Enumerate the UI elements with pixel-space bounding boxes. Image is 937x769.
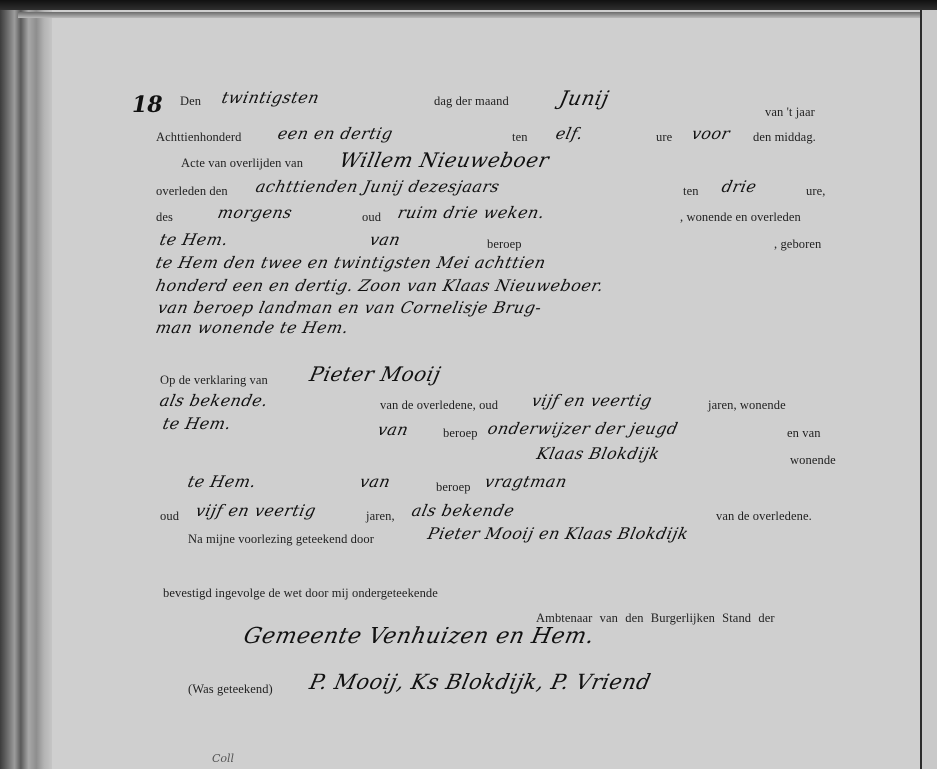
signed-names: Pieter Mooij en Klaas Blokdijk [426,524,690,543]
printed-na-mijne-voorlezing: Na mijne voorlezing geteekend door [188,532,374,547]
printed-dag-der-maand: dag der maand [434,94,509,109]
printed-was-geteekend: (Was geteekend) [188,682,273,697]
occupation-van: van [368,230,402,249]
deceased-age: ruim drie weken. [396,203,547,222]
residence: te Hem. [158,230,230,249]
printed-den-middag: den middag. [753,130,816,145]
printed-en-van: en van [787,426,821,441]
printed-van-t-jaar: van 't jaar [765,105,815,120]
printed-des: des [156,210,173,225]
margin-pencil-note: Coll [212,752,234,765]
birth-details-line4: man wonende te Hem. [154,318,351,337]
register-page [10,10,920,769]
printed-beroep-3: beroep [436,480,471,495]
record-number: 18 [132,92,163,118]
witness1-residence: te Hem. [161,414,233,433]
printed-ure: ure [656,130,672,145]
witness1-occ-prefix: van [376,420,410,439]
municipality-handwritten: Gemeente Venhuizen en Hem. [241,624,596,649]
witness2-name: Klaas Blokdijk [535,444,662,463]
month-handwritten: Junij [557,86,611,110]
printed-acte-van-overlijden: Acte van overlijden van [181,156,303,171]
witness2-age: vijf en veertig [194,501,318,520]
witness1-relation: als bekende. [158,391,270,410]
deceased-name: Willem Nieuweboer [337,148,551,172]
page-right-edge [920,10,937,769]
period-handwritten: voor [690,124,732,143]
printed-beroep-2: beroep [443,426,478,441]
day-handwritten: twintigsten [220,88,321,107]
printed-jaren-wonende: jaren, wonende [708,398,786,413]
witness1-name: Pieter Mooij [307,362,443,386]
witness2-residence: te Hem. [186,472,258,491]
printed-den: Den [180,94,201,109]
time-of-day: morgens [216,203,294,222]
witness1-occupation: onderwijzer der jeugd [486,419,680,438]
witness2-occupation: vragtman [483,472,569,491]
birth-details-line2: honderd een en dertig. Zoon van Klaas Ni… [154,276,606,295]
printed-beroep: beroep [487,237,522,252]
printed-wonende-en-overleden: , wonende en overleden [680,210,801,225]
hour-handwritten: elf. [554,124,585,143]
printed-overleden-den: overleden den [156,184,228,199]
printed-oud-2: oud [160,509,179,524]
printed-van-de-overledene: van de overledene, oud [380,398,498,413]
printed-geboren: , geboren [774,237,821,252]
witness1-age: vijf en veertig [530,391,654,410]
death-hour: drie [720,177,759,196]
printed-ten-2: ten [683,184,699,199]
printed-bevestigd: bevestigd ingevolge de wet door mij onde… [163,586,438,601]
signatures-handwritten: P. Mooij, Ks Blokdijk, P. Vriend [307,670,653,694]
printed-oud: oud [362,210,381,225]
birth-details-line3: van beroep landman en van Cornelisje Bru… [156,298,544,317]
printed-wonende: wonende [790,453,836,468]
printed-achttienhonderd: Achttienhonderd [156,130,242,145]
printed-jaren: jaren, [366,509,395,524]
year-handwritten: een en dertig [276,124,395,143]
witness2-relation: als bekende [410,501,516,520]
death-date: achttienden Junij dezesjaars [254,177,502,196]
printed-op-de-verklaring: Op de verklaring van [160,373,268,388]
witness2-occ-prefix: van [358,472,392,491]
birth-details-line1: te Hem den twee en twintigsten Mei achtt… [154,253,548,272]
printed-van-de-overledene-2: van de overledene. [716,509,812,524]
printed-ure-2: ure, [806,184,826,199]
page-top-edge [18,12,920,18]
book-binding [0,10,52,769]
printed-ten: ten [512,130,528,145]
